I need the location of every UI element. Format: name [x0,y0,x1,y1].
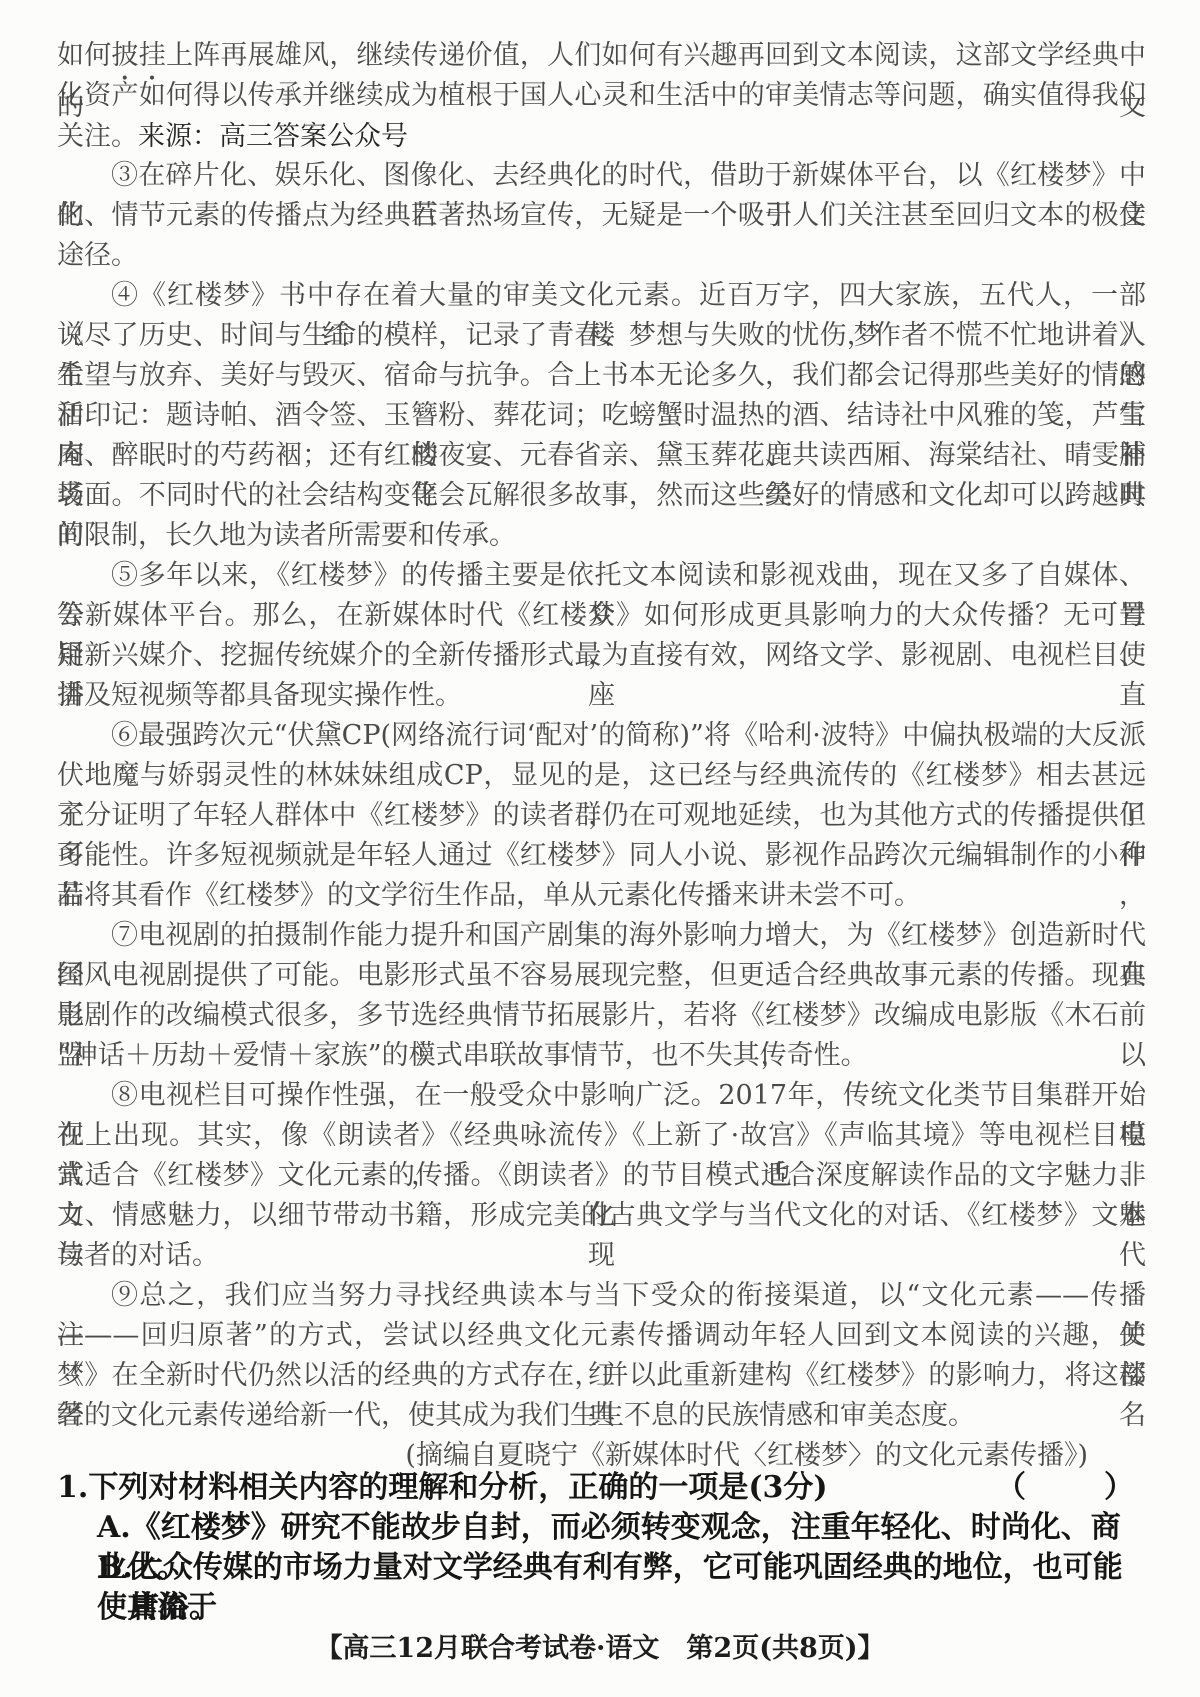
text-line: 可能性。许多短视频就是年轻人通过《红楼梦》同人小说、影视作品跨次元编辑制作的小作… [57,836,1146,876]
text-line: 国风电视剧提供了可能。电影形式虽不容易展现完整，但更适合经典故事元素的传播。现在… [57,956,1146,996]
answer-blank: （ ） [996,1468,1146,1508]
text-line: 途径。 [57,236,1146,276]
exam-page: 如何披挂上阵再展雄风，继续传递价值，人们如何有兴趣再回到文本阅读，这部文学经典中… [0,0,1200,1697]
text-line: 梦》在全新时代仍然以活的经典的方式存在，并以此重新建构《红楼梦》的影响力，将这部… [57,1356,1146,1396]
text-line: 力、情感魅力，以细节带动书籍，形成完美的古典文学与当代文化的对话、《红楼梦》文本… [57,1196,1146,1236]
text-line: 场面。不同时代的社会结构变化会瓦解很多故事，然而这些美好的情感和文化却可以跨越时… [57,476,1146,516]
text-line: 化、情节元素的传播点为经典巨著热场宣传，无疑是一个吸引人们关注甚至回归文本的极佳 [57,196,1146,236]
text-line: 化资产如何得以传承并继续成为植根于国人心灵和生活中的审美情志等问题，确实值得我们 [57,76,1146,116]
text-line: 伏地魔与娇弱灵性的林妹妹组成CP，显见的是，这已经与经典流传的《红楼梦》相去甚远… [57,756,1146,796]
text-line: 常适合《红楼梦》文化元素的传播。《朗读者》的节目模式适合深度解读作品的文字魅力、… [57,1156,1146,1196]
paragraph: ③在碎片化、娱乐化、图像化、去经典化的时代，借助于新媒体平台，以《红楼梦》中的若… [57,156,1146,276]
options: A.《红楼梦》研究不能故步自封，而必须转变观念，注重年轻化、时尚化、商业化。B.… [57,1508,1146,1628]
question-1: 1.下列对材料相关内容的理解和分析，正确的一项是(3分) （ ） A.《红楼梦》… [57,1468,1146,1628]
text-line: 注——回归原著”的方式，尝试以经典文化元素传播调动年轻人回到文本阅读的兴趣，使《… [57,1316,1146,1356]
option-line: B.大众传媒的市场力量对文学经典有利有弊，它可能巩固经典的地位，也可能使其流于 [57,1548,1146,1588]
question-stem-row: 1.下列对材料相关内容的理解和分析，正确的一项是(3分) （ ） [57,1468,1146,1508]
paragraph: 如何披挂上阵再展雄风，继续传递价值，人们如何有兴趣再回到文本阅读，这部文学经典中… [57,36,1146,156]
paragraph: ⑧电视栏目可操作性强，在一般受众中影响广泛。2017年，传统文化类节目集群开始在… [57,1076,1146,1276]
text-line: 如何披挂上阵再展雄风，继续传递价值，人们如何有兴趣再回到文本阅读，这部文学经典中… [57,36,1146,76]
text-line: ③在碎片化、娱乐化、图像化、去经典化的时代，借助于新媒体平台，以《红楼梦》中的若… [57,156,1146,196]
option-continuation-line: 庸俗。 [57,1588,1146,1628]
text-line: 影剧作的改编模式很多，多节选经典情节拓展影片，若将《红楼梦》改编成电影版《木石前… [57,996,1146,1036]
emphasized-text: 披挂 [111,40,165,71]
text-line: ⑨总之，我们应当努力寻找经典读本与当下受众的衔接渠道，以“文化元素——传播——关 [57,1276,1146,1316]
paragraph: ⑥最强跨次元“伏黛CP(网络流行词‘配对’的简称)”将《哈利·波特》中偏执极端的… [57,716,1146,916]
text-line: 说尽了历史、时间与生命的模样，记录了青春、梦想与失败的忧伤，作者不慌不忙地讲着人… [57,316,1146,356]
text-line: ⑥最强跨次元“伏黛CP(网络流行词‘配对’的简称)”将《哈利·波特》中偏执极端的… [57,716,1146,756]
paragraph: ④《红楼梦》书中存在着大量的审美文化元素。近百万字，四大家族，五代人，一部《红楼… [57,276,1146,556]
text-line: 用新兴媒介、挖掘传统媒介的全新传播形式最为直接有效，网络文学、影视剧、电视栏目、… [57,636,1146,676]
text-line: 视上出现。其实，像《朗读者》《经典咏流传》《上新了·故宫》《声临其境》等电视栏目… [57,1116,1146,1156]
text-line: ④《红楼梦》书中存在着大量的审美文化元素。近百万字，四大家族，五代人，一部《红楼… [57,276,1146,316]
text-line: ⑦电视剧的拍摄制作能力提升和国产剧集的海外影响力增大，为《红楼梦》创造新时代经典 [57,916,1146,956]
paragraph: ⑦电视剧的拍摄制作能力提升和国产剧集的海外影响力增大，为《红楼梦》创造新时代经典… [57,916,1146,1076]
option-line: A.《红楼梦》研究不能故步自封，而必须转变观念，注重年轻化、时尚化、商业化。 [57,1508,1146,1548]
paragraph: ⑨总之，我们应当努力寻找经典读本与当下受众的衔接渠道，以“文化元素——传播——关… [57,1276,1146,1436]
text-line: 充分证明了年轻人群体中《红楼梦》的读者群仍在可观地延续，也为其他方式的传播提供了… [57,796,1146,836]
page-footer: 【高三12月联合考试卷·语文 第2页(共8页)】 [0,1626,1200,1665]
paragraph: ⑤多年以来，《红楼梦》的传播主要是依托文本阅读和影视戏曲，现在又多了自媒体、公众… [57,556,1146,716]
text-line: 肉、醉眠时的芍药裀；还有红楼夜宴、元春省亲、黛玉葬花、共读西厢、海棠结社、晴雯补… [57,436,1146,476]
text-line: 的限制，长久地为读者所需要和传承。 [57,516,1146,556]
text-line: 希望与放弃、美好与毁灭、宿命与抗争。合上书本无论多久，我们都会记得那些美好的情感… [57,356,1146,396]
text-line: 活印记：题诗帕、酒令签、玉簪粉、葬花词；吃螃蟹时温热的酒、结诗社中风雅的笺，芦雪… [57,396,1146,436]
watermark-text: 来源：高三答案公众号 [138,121,408,151]
text-line: ⑤多年以来，《红楼梦》的传播主要是依托文本阅读和影视戏曲，现在又多了自媒体、公众… [57,556,1146,596]
body-text: 如何披挂上阵再展雄风，继续传递价值，人们如何有兴趣再回到文本阅读，这部文学经典中… [57,36,1146,1476]
question-stem: 1.下列对材料相关内容的理解和分析，正确的一项是(3分) [57,1468,828,1508]
text-line: ⑧电视栏目可操作性强，在一般受众中影响广泛。2017年，传统文化类节目集群开始在… [57,1076,1146,1116]
text-line: 等新媒体平台。那么，在新媒体时代《红楼梦》如何形成更具影响力的大众传播？无可置疑… [57,596,1146,636]
